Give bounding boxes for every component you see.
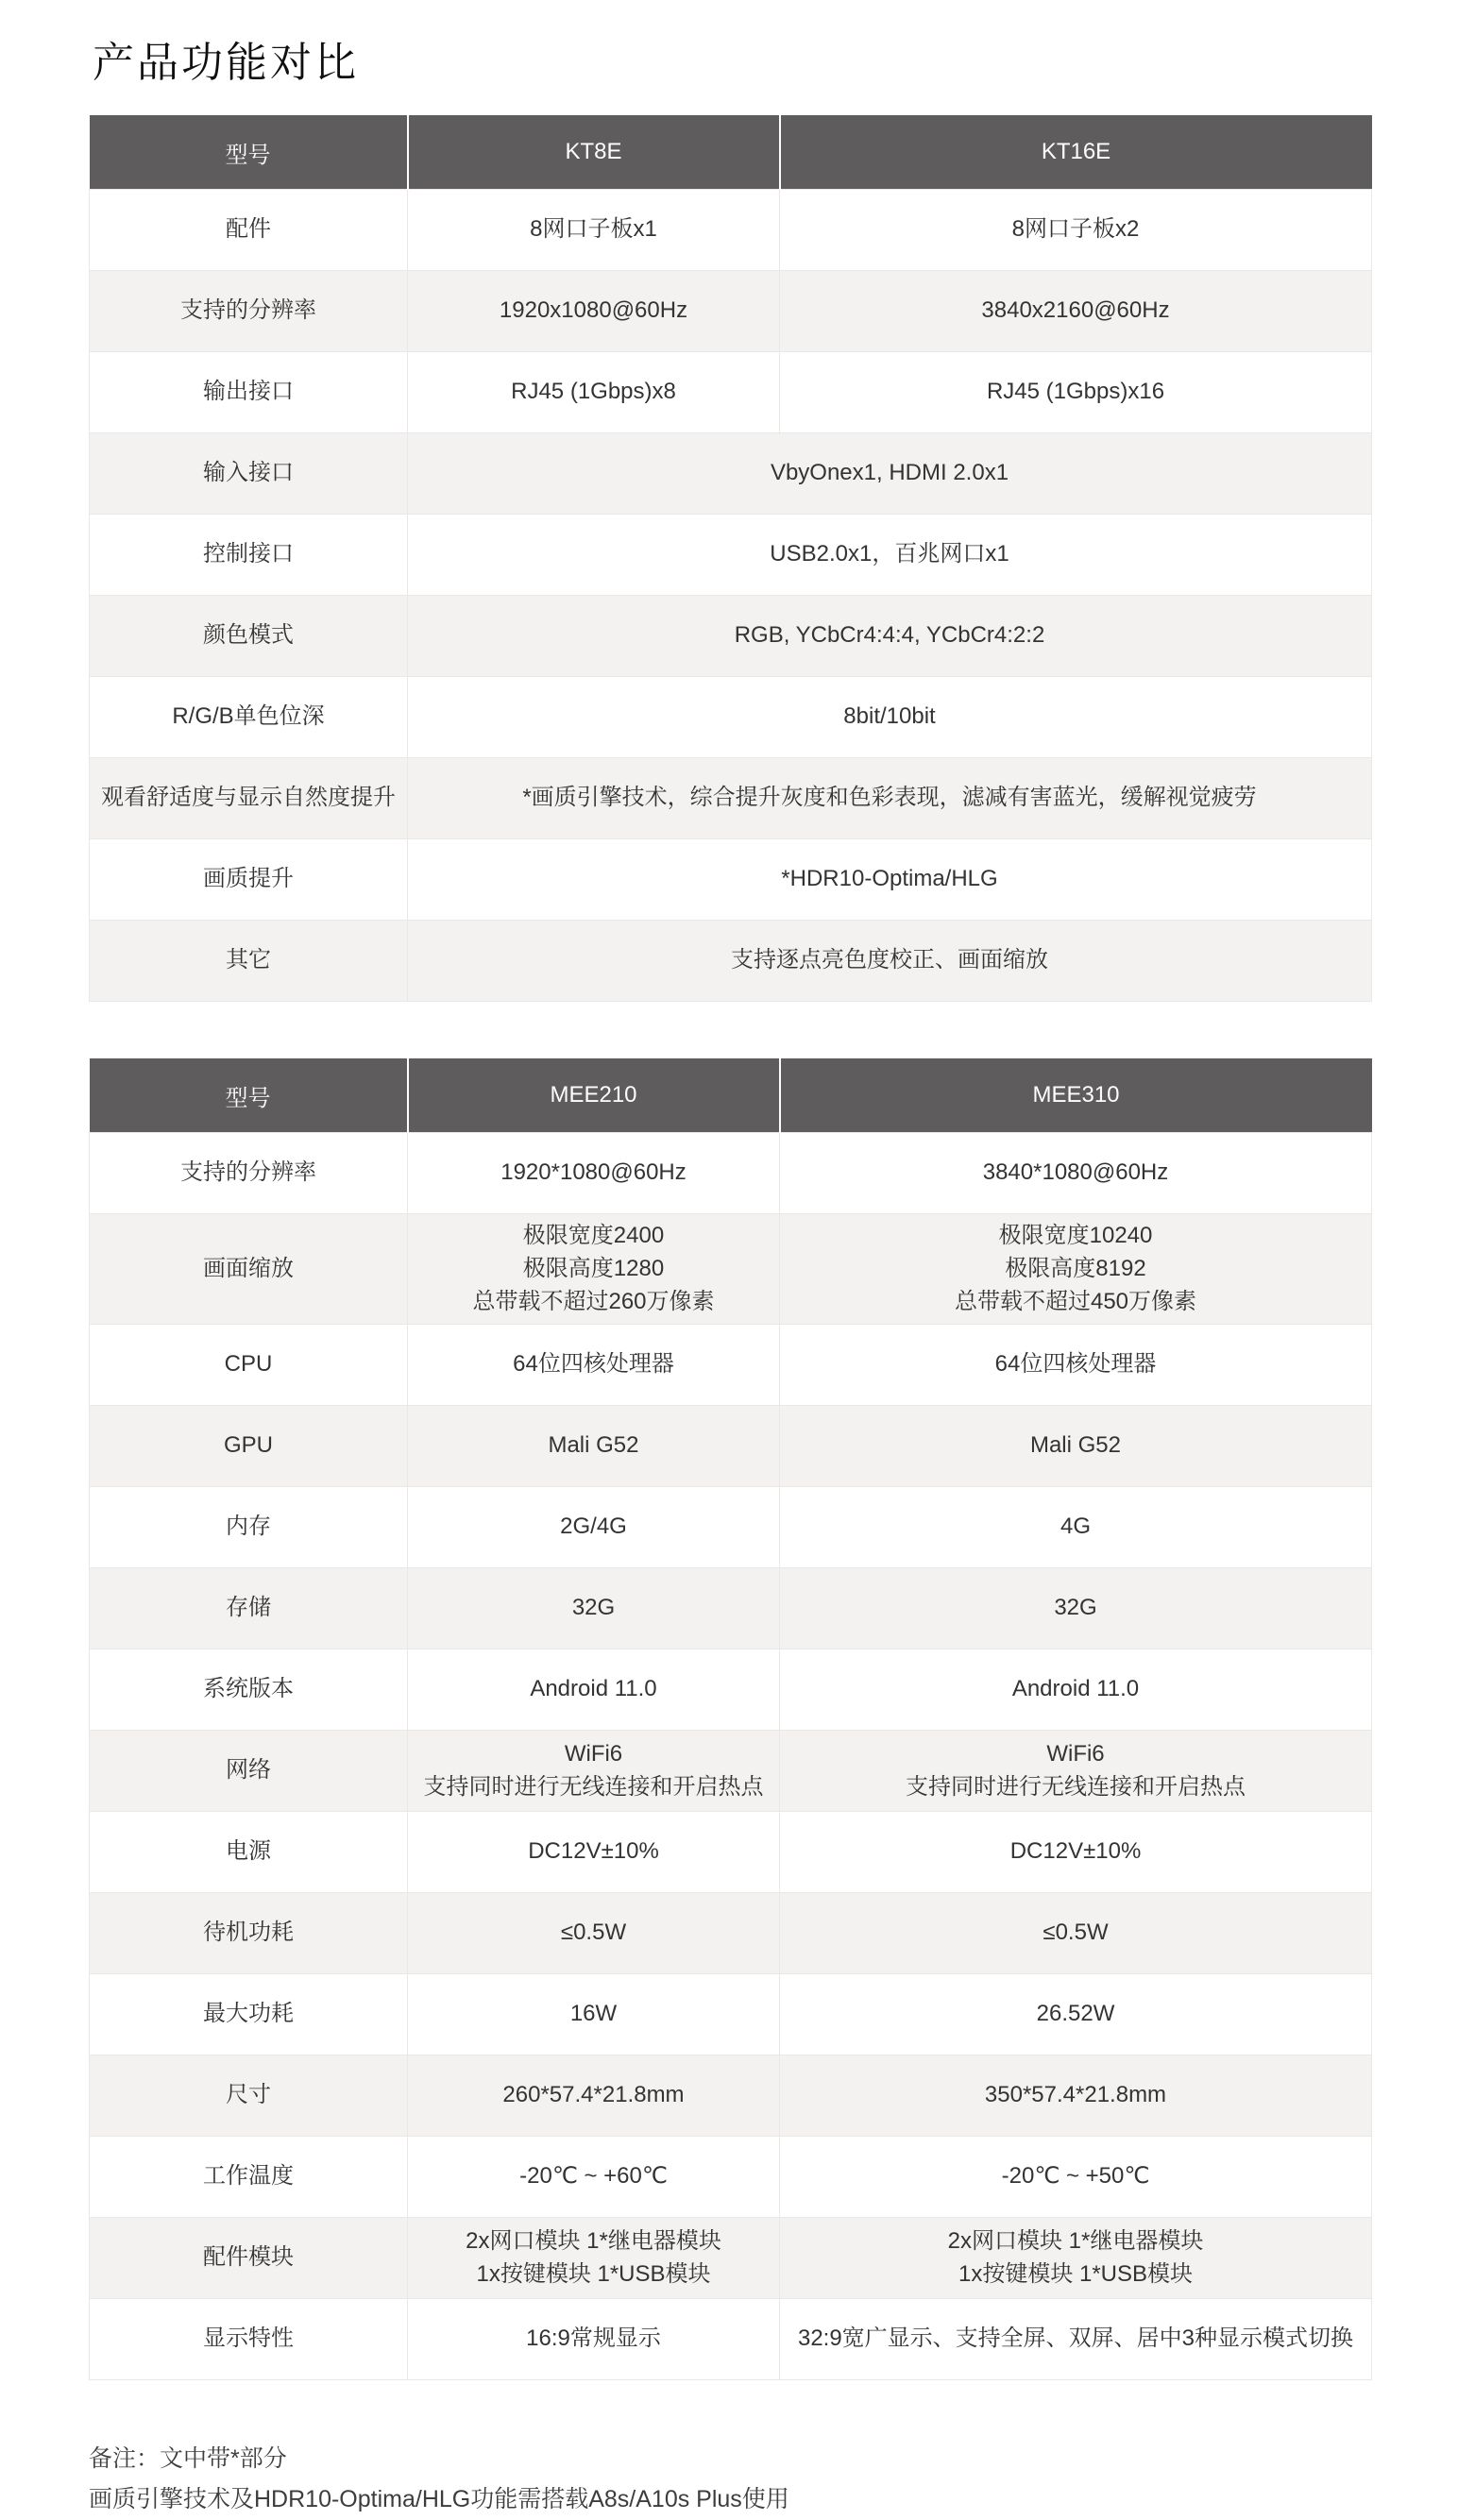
cell-value: 32:9宽广显示、支持全屏、双屏、居中3种显示模式切换 — [780, 2299, 1372, 2380]
footnote-line: 备注：文中带*部分 — [89, 2439, 1371, 2479]
cell-value: Mali G52 — [780, 1406, 1372, 1487]
table-row: 存储32G32G — [90, 1568, 1372, 1649]
table-row: 画面缩放极限宽度2400 极限高度1280 总带载不超过260万像素极限宽度10… — [90, 1214, 1372, 1325]
cell-value-merged: RGB, YCbCr4:4:4, YCbCr4:2:2 — [408, 596, 1372, 677]
table-row: 系统版本Android 11.0Android 11.0 — [90, 1649, 1372, 1731]
header-model-name: KT16E — [780, 115, 1372, 190]
cell-value: 3840x2160@60Hz — [780, 271, 1372, 352]
table-row: 颜色模式RGB, YCbCr4:4:4, YCbCr4:2:2 — [90, 596, 1372, 677]
row-label: 存储 — [90, 1568, 408, 1649]
cell-value-merged: *HDR10-Optima/HLG — [408, 839, 1372, 921]
cell-value: 64位四核处理器 — [780, 1325, 1372, 1406]
cell-value: 16:9常规显示 — [408, 2299, 780, 2380]
footnote-line: 画质引擎技术及HDR10-Optima/HLG功能需搭载A8s/A10s Plu… — [89, 2479, 1371, 2520]
cell-value: ≤0.5W — [408, 1893, 780, 1974]
cell-value: 32G — [408, 1568, 780, 1649]
cell-value: 1920x1080@60Hz — [408, 271, 780, 352]
table-row: 尺寸260*57.4*21.8mm350*57.4*21.8mm — [90, 2055, 1372, 2137]
cell-value: 350*57.4*21.8mm — [780, 2055, 1372, 2137]
cell-value: WiFi6 支持同时进行无线连接和开启热点 — [408, 1731, 780, 1812]
cell-value-merged: USB2.0x1，百兆网口x1 — [408, 515, 1372, 596]
table-row: 内存2G/4G4G — [90, 1487, 1372, 1568]
table-row: 电源DC12V±10%DC12V±10% — [90, 1812, 1372, 1893]
row-label: 配件 — [90, 190, 408, 271]
row-label: 其它 — [90, 921, 408, 1002]
table-row: 支持的分辨率1920*1080@60Hz3840*1080@60Hz — [90, 1133, 1372, 1214]
header-row-label: 型号 — [90, 115, 408, 190]
cell-value: 极限宽度10240 极限高度8192 总带载不超过450万像素 — [780, 1214, 1372, 1325]
table-row: R/G/B单色位深8bit/10bit — [90, 677, 1372, 758]
table-row: 配件模块2x网口模块 1*继电器模块 1x按键模块 1*USB模块2x网口模块 … — [90, 2218, 1372, 2299]
table-row: GPUMali G52Mali G52 — [90, 1406, 1372, 1487]
row-label: 系统版本 — [90, 1649, 408, 1731]
table-row: CPU64位四核处理器64位四核处理器 — [90, 1325, 1372, 1406]
cell-value: ≤0.5W — [780, 1893, 1372, 1974]
row-label: 画面缩放 — [90, 1214, 408, 1325]
row-label: 颜色模式 — [90, 596, 408, 677]
cell-value: 26.52W — [780, 1974, 1372, 2055]
row-label: 网络 — [90, 1731, 408, 1812]
cell-value: 8网口子板x2 — [780, 190, 1372, 271]
cell-value: 3840*1080@60Hz — [780, 1133, 1372, 1214]
header-model-name: MEE210 — [408, 1058, 780, 1133]
comparison-table-kt: 型号KT8EKT16E 配件8网口子板x18网口子板x2支持的分辨率1920x1… — [89, 115, 1372, 1002]
table-spacer — [89, 1002, 1371, 1058]
cell-value-merged: 8bit/10bit — [408, 677, 1372, 758]
table-row: 画质提升*HDR10-Optima/HLG — [90, 839, 1372, 921]
row-label: 画质提升 — [90, 839, 408, 921]
row-label: 配件模块 — [90, 2218, 408, 2299]
cell-value: 极限宽度2400 极限高度1280 总带载不超过260万像素 — [408, 1214, 780, 1325]
cell-value: RJ45 (1Gbps)x16 — [780, 352, 1372, 433]
cell-value: 2x网口模块 1*继电器模块 1x按键模块 1*USB模块 — [780, 2218, 1372, 2299]
cell-value: 16W — [408, 1974, 780, 2055]
cell-value: 64位四核处理器 — [408, 1325, 780, 1406]
table-row: 网络WiFi6 支持同时进行无线连接和开启热点WiFi6 支持同时进行无线连接和… — [90, 1731, 1372, 1812]
table-row: 输入接口VbyOnex1, HDMI 2.0x1 — [90, 433, 1372, 515]
page-title: 产品功能对比 — [93, 28, 1371, 89]
cell-value: 32G — [780, 1568, 1372, 1649]
table-row: 待机功耗≤0.5W≤0.5W — [90, 1893, 1372, 1974]
row-label: 尺寸 — [90, 2055, 408, 2137]
cell-value: DC12V±10% — [780, 1812, 1372, 1893]
table-row: 控制接口USB2.0x1，百兆网口x1 — [90, 515, 1372, 596]
row-label: CPU — [90, 1325, 408, 1406]
cell-value: 8网口子板x1 — [408, 190, 780, 271]
table-row: 最大功耗16W26.52W — [90, 1974, 1372, 2055]
comparison-table-mee: 型号MEE210MEE310 支持的分辨率1920*1080@60Hz3840*… — [89, 1058, 1372, 2380]
cell-value: -20℃ ~ +50℃ — [780, 2137, 1372, 2218]
row-label: 观看舒适度与显示自然度提升 — [90, 758, 408, 839]
cell-value: WiFi6 支持同时进行无线连接和开启热点 — [780, 1731, 1372, 1812]
row-label: 支持的分辨率 — [90, 1133, 408, 1214]
cell-value: 1920*1080@60Hz — [408, 1133, 780, 1214]
row-label: 最大功耗 — [90, 1974, 408, 2055]
table-header: 型号MEE210MEE310 — [90, 1058, 1372, 1133]
row-label: 待机功耗 — [90, 1893, 408, 1974]
cell-value: 2x网口模块 1*继电器模块 1x按键模块 1*USB模块 — [408, 2218, 780, 2299]
row-label: 显示特性 — [90, 2299, 408, 2380]
cell-value: -20℃ ~ +60℃ — [408, 2137, 780, 2218]
cell-value: DC12V±10% — [408, 1812, 780, 1893]
header-model-name: KT8E — [408, 115, 780, 190]
cell-value: 4G — [780, 1487, 1372, 1568]
header-model-name: MEE310 — [780, 1058, 1372, 1133]
header-row-label: 型号 — [90, 1058, 408, 1133]
spec-sheet: 产品功能对比 型号KT8EKT16E 配件8网口子板x18网口子板x2支持的分辨… — [0, 0, 1458, 2520]
table-row: 支持的分辨率1920x1080@60Hz3840x2160@60Hz — [90, 271, 1372, 352]
cell-value: 260*57.4*21.8mm — [408, 2055, 780, 2137]
table-row: 其它支持逐点亮色度校正、画面缩放 — [90, 921, 1372, 1002]
row-label: 内存 — [90, 1487, 408, 1568]
cell-value: 2G/4G — [408, 1487, 780, 1568]
row-label: 输出接口 — [90, 352, 408, 433]
cell-value: Android 11.0 — [780, 1649, 1372, 1731]
table-header: 型号KT8EKT16E — [90, 115, 1372, 190]
row-label: 电源 — [90, 1812, 408, 1893]
row-label: 输入接口 — [90, 433, 408, 515]
cell-value: Mali G52 — [408, 1406, 780, 1487]
table-row: 显示特性16:9常规显示32:9宽广显示、支持全屏、双屏、居中3种显示模式切换 — [90, 2299, 1372, 2380]
table-row: 配件8网口子板x18网口子板x2 — [90, 190, 1372, 271]
row-label: 工作温度 — [90, 2137, 408, 2218]
cell-value-merged: *画质引擎技术，综合提升灰度和色彩表现，滤减有害蓝光，缓解视觉疲劳 — [408, 758, 1372, 839]
table-row: 观看舒适度与显示自然度提升*画质引擎技术，综合提升灰度和色彩表现，滤减有害蓝光，… — [90, 758, 1372, 839]
table-row: 工作温度-20℃ ~ +60℃-20℃ ~ +50℃ — [90, 2137, 1372, 2218]
cell-value-merged: 支持逐点亮色度校正、画面缩放 — [408, 921, 1372, 1002]
footnotes: 备注：文中带*部分 画质引擎技术及HDR10-Optima/HLG功能需搭载A8… — [89, 2439, 1371, 2520]
cell-value: RJ45 (1Gbps)x8 — [408, 352, 780, 433]
row-label: 控制接口 — [90, 515, 408, 596]
row-label: 支持的分辨率 — [90, 271, 408, 352]
table-row: 输出接口RJ45 (1Gbps)x8RJ45 (1Gbps)x16 — [90, 352, 1372, 433]
cell-value-merged: VbyOnex1, HDMI 2.0x1 — [408, 433, 1372, 515]
cell-value: Android 11.0 — [408, 1649, 780, 1731]
row-label: R/G/B单色位深 — [90, 677, 408, 758]
row-label: GPU — [90, 1406, 408, 1487]
